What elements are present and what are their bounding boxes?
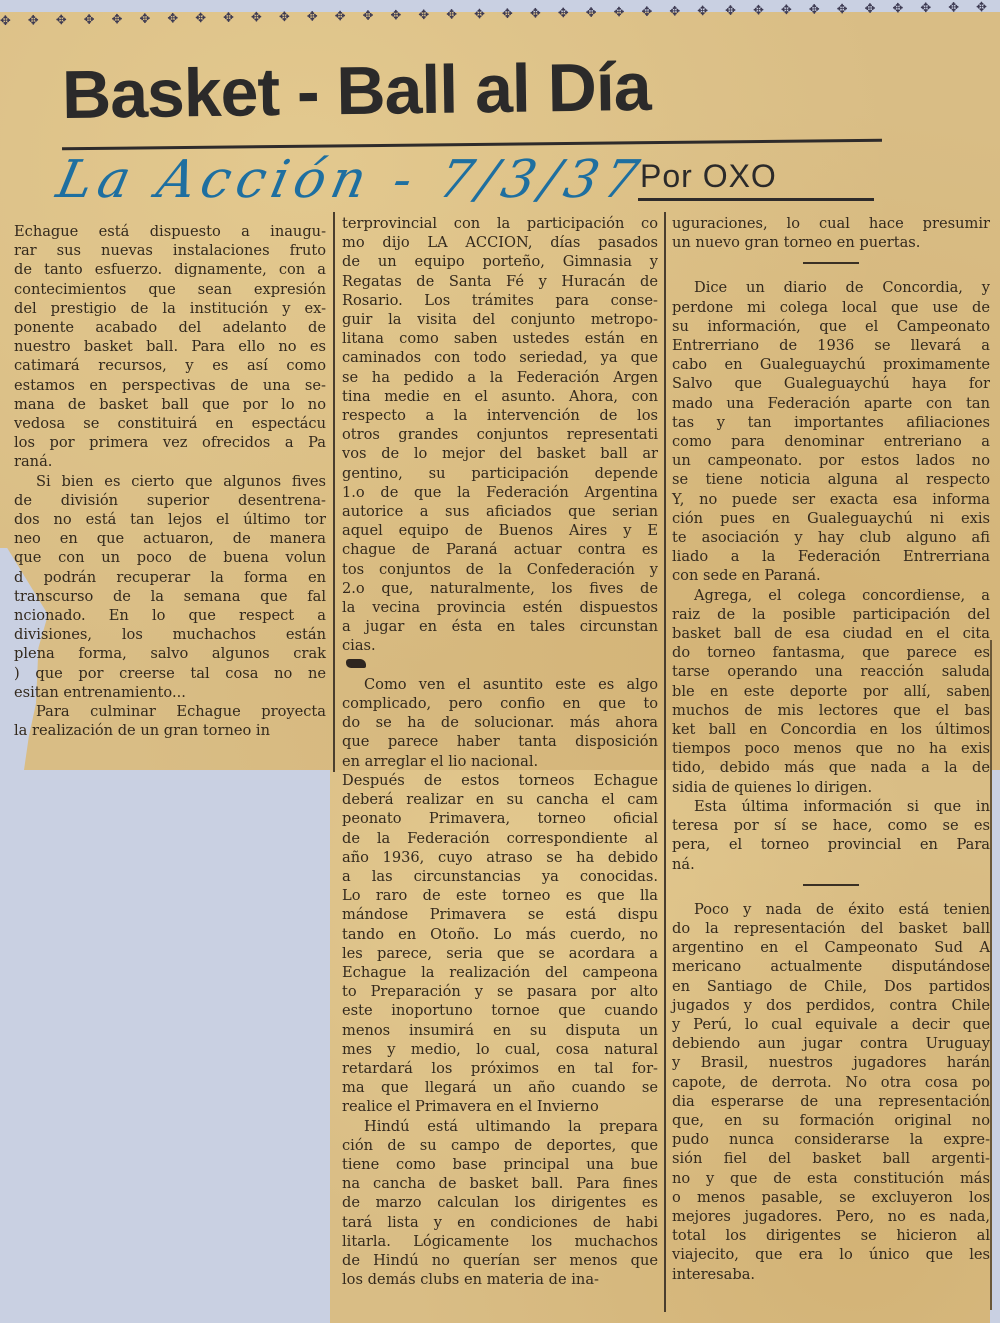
text-line: Echague está dispuesto a inaugu- — [14, 222, 326, 241]
text-line: cias. — [342, 636, 658, 655]
paragraph: Poco y nada de éxito está teniendo la re… — [672, 900, 990, 1284]
text-line: argentino en el Campeonato Sud A — [672, 938, 990, 957]
text-line: basket ball de esa ciudad en el cita — [672, 624, 990, 643]
text-line: debiendo aun jugar contra Uruguay — [672, 1034, 990, 1053]
text-line: total los dirigentes se hicieron al — [672, 1226, 990, 1245]
text-line: ble en este deporte por allí, saben — [672, 682, 990, 701]
text-line: les parece, seria que se acordara a — [342, 944, 658, 963]
text-line: 1.o de que la Federación Argentina — [342, 483, 658, 502]
text-line: viajecito, que era lo único que les — [672, 1245, 990, 1264]
handwritten-note: La Acción - 7/3/37 — [52, 150, 650, 210]
text-line: y Brasil, nuestros jugadores harán — [672, 1053, 990, 1072]
text-line: autorice a sus aficiados que serian — [342, 502, 658, 521]
text-line: la vecina provincia estén dispuestos — [342, 598, 658, 617]
text-line: estamos en perspectivas de una se- — [14, 376, 326, 395]
text-line: mejores jugadores. Pero, no es nada, — [672, 1207, 990, 1226]
text-line: dia esperarse de una representación — [672, 1092, 990, 1111]
text-line: mericano actualmente disputándose — [672, 957, 990, 976]
article-column-middle: terprovincial con la participación como … — [342, 214, 658, 1289]
text-line: terprovincial con la participación co — [342, 214, 658, 233]
text-line: cabo en Gualeguaychú proximamente — [672, 355, 990, 374]
text-line: a las circunstancias ya conocidas. — [342, 867, 658, 886]
text-line: ponente acabado del adelanto de — [14, 318, 326, 337]
section-separator — [803, 884, 859, 886]
text-line: Esta última información si que in — [672, 797, 990, 816]
text-line: nuestro basket ball. Para ello no es — [14, 337, 326, 356]
text-line: mo dijo LA ACCION, días pasados — [342, 233, 658, 252]
text-line: na cancha de basket ball. Para fines — [342, 1174, 658, 1193]
headline: Basket - Ball al Día — [61, 48, 651, 134]
text-line: Rosario. Los trámites para conse- — [342, 291, 658, 310]
section-separator — [803, 262, 859, 264]
text-line: jugados y dos perdidos, contra Chile — [672, 996, 990, 1015]
text-line: liado a la Federación Entrerriana — [672, 547, 990, 566]
text-line: los demás clubs en materia de ina- — [342, 1270, 658, 1289]
text-line: pera, el torneo provincial en Para — [672, 835, 990, 854]
text-line: pudo nunca considerarse la expre- — [672, 1130, 990, 1149]
text-line: te asociación y hay club alguno afi — [672, 528, 990, 547]
text-line: d podrán recuperar la forma en — [14, 568, 326, 587]
text-line: muchos de mis lectores que el bas — [672, 701, 990, 720]
paragraph: Dice un diario de Concordia, yperdone mi… — [672, 278, 990, 585]
text-line: mado una Federación aparte con tan — [672, 394, 990, 413]
paragraph: Para culminar Echague proyectala realiza… — [14, 702, 326, 740]
column-divider-left — [333, 212, 335, 772]
text-line: tará lista y en condiciones de habi — [342, 1213, 658, 1232]
text-line: ) que por creerse tal cosa no ne — [14, 664, 326, 683]
text-line: Entrerriano de 1936 se llevará a — [672, 336, 990, 355]
text-line: neo en que actuaron, de manera — [14, 529, 326, 548]
text-line: de un equipo porteño, Gimnasia y — [342, 252, 658, 271]
text-line: perdone mi colega local que use de — [672, 298, 990, 317]
text-line: raná. — [14, 452, 326, 471]
column-divider-right — [664, 212, 666, 1312]
text-line: a jugar en ésta en tales circunstan — [342, 617, 658, 636]
text-line: do se ha de solucionar. más ahora — [342, 713, 658, 732]
text-line: con sede en Paraná. — [672, 566, 990, 585]
text-line: no y que de esta constitución más — [672, 1169, 990, 1188]
text-line: ción pues en Gualeguaychú ni exis — [672, 509, 990, 528]
text-line: uguraciones, lo cual hace presumir — [672, 214, 990, 233]
text-line: en Santiago de Chile, Dos partidos — [672, 977, 990, 996]
paragraph: Como ven el asuntito este es algocomplic… — [342, 675, 658, 771]
text-line: de división superior desentrena- — [14, 491, 326, 510]
text-line: Como ven el asuntito este es algo — [342, 675, 658, 694]
text-line: tos conjuntos de la Confederación y — [342, 560, 658, 579]
text-line: Si bien es cierto que algunos fives — [14, 472, 326, 491]
text-line: esitan entrenamiento... — [14, 683, 326, 702]
text-line: chague de Paraná actuar contra es — [342, 540, 658, 559]
text-line: que, en su formación original no — [672, 1111, 990, 1130]
byline-rule — [638, 198, 874, 201]
text-line: la realización de un gran torneo in — [14, 721, 326, 740]
text-line: ná. — [672, 855, 990, 874]
text-line: mana de basket ball que por lo no — [14, 395, 326, 414]
text-line: año 1936, cuyo atraso se ha debido — [342, 848, 658, 867]
text-line: o menos pasable, se excluyeron los — [672, 1188, 990, 1207]
text-line: sidia de quienes lo dirigen. — [672, 778, 990, 797]
text-line: vedosa se constituirá en espectácu — [14, 414, 326, 433]
text-line: divisiones, los muchachos están — [14, 625, 326, 644]
text-line: tido, debido más que nada a la de — [672, 758, 990, 777]
paragraph: Después de estos torneos Echaguedeberá r… — [342, 771, 658, 1117]
text-line: raiz de la posible participación del — [672, 605, 990, 624]
text-line: su información, que el Campeonato — [672, 317, 990, 336]
text-line: dos no está tan lejos el último tor — [14, 510, 326, 529]
text-line: deberá realizar en su cancha el cam — [342, 790, 658, 809]
text-line: un campeonato. por estos lados no — [672, 451, 990, 470]
text-line: tina medie en el asunto. Ahora, con — [342, 387, 658, 406]
text-line: que con un poco de buena volun — [14, 548, 326, 567]
text-line: tiene como base principal una bue — [342, 1155, 658, 1174]
text-line: ma que llegará un año cuando se — [342, 1078, 658, 1097]
text-line: plena forma, salvo algunos crak — [14, 644, 326, 663]
text-line: de Hindú no querían ser menos que — [342, 1251, 658, 1270]
text-line: tiempos poco menos que no ha exis — [672, 739, 990, 758]
text-line: menos insumirá en su disputa un — [342, 1021, 658, 1040]
text-line: este inoportuno tornoe que cuando — [342, 1001, 658, 1020]
text-line: peonato Primavera, torneo oficial — [342, 809, 658, 828]
text-line: de la Federación correspondiente al — [342, 829, 658, 848]
text-line: como para denominar entreriano a — [672, 432, 990, 451]
text-line: do torneo fantasma, que parece es — [672, 643, 990, 662]
text-line: Para culminar Echague proyecta — [14, 702, 326, 721]
text-line: otros grandes conjuntos representati — [342, 425, 658, 444]
text-line: capote, de derrota. No otra cosa po — [672, 1073, 990, 1092]
text-line: aquel equipo de Buenos Aires y E — [342, 521, 658, 540]
paragraph: Esta última información si que interesa … — [672, 797, 990, 874]
text-line: Regatas de Santa Fé y Huracán de — [342, 272, 658, 291]
paragraph: Agrega, el colega concordiense, araiz de… — [672, 586, 990, 797]
text-line: ción de su campo de deportes, que — [342, 1136, 658, 1155]
text-line: complicado, pero confio en que to — [342, 694, 658, 713]
text-line: Hindú está ultimando la prepara — [342, 1117, 658, 1136]
text-line: catimará recursos, y es así como — [14, 356, 326, 375]
text-line: Dice un diario de Concordia, y — [672, 278, 990, 297]
text-line: mes y medio, lo cual, cosa natural — [342, 1040, 658, 1059]
paragraph: terprovincial con la participación como … — [342, 214, 658, 656]
text-line: Agrega, el colega concordiense, a — [672, 586, 990, 605]
paragraph: Echague está dispuesto a inaugu-rar sus … — [14, 222, 326, 472]
text-line: se tiene noticia alguna al respecto — [672, 470, 990, 489]
text-line: tarse operando una reacción saluda — [672, 662, 990, 681]
article-column-left: Echague está dispuesto a inaugu-rar sus … — [14, 222, 326, 740]
text-line: y Perú, lo cual equivale a decir que — [672, 1015, 990, 1034]
clipping-right-edge — [990, 640, 992, 1310]
text-line: to Preparación y se pasara por alto — [342, 982, 658, 1001]
text-line: Echague la realización del campeona — [342, 963, 658, 982]
text-line: guir la visita del conjunto metropo- — [342, 310, 658, 329]
ornament-icon — [346, 659, 366, 668]
text-line: de tanto esfuerzo. dignamente, con a — [14, 260, 326, 279]
byline: Por OXO — [640, 158, 777, 195]
text-line: los por primera vez ofrecidos a Pa — [14, 433, 326, 452]
text-line: un nuevo gran torneo en puertas. — [672, 233, 990, 252]
text-line: transcurso de la semana que fal — [14, 587, 326, 606]
text-line: retardará los próximos en tal for- — [342, 1059, 658, 1078]
text-line: caminados con todo seriedad, ya que — [342, 348, 658, 367]
text-line: vos de lo mejor del basket ball ar — [342, 444, 658, 463]
text-line: teresa por sí se hace, como se es — [672, 816, 990, 835]
paragraph: Hindú está ultimando la preparación de s… — [342, 1117, 658, 1290]
text-line: Después de estos torneos Echague — [342, 771, 658, 790]
text-line: del prestigio de la institución y ex- — [14, 299, 326, 318]
text-line: que parece haber tanta disposición — [342, 732, 658, 751]
paragraph: uguraciones, lo cual hace presumirun nue… — [672, 214, 990, 252]
text-line: interesaba. — [672, 1265, 990, 1284]
text-line: mándose Primavera se está dispu — [342, 905, 658, 924]
text-line: 2.o que, naturalmente, los fives de — [342, 579, 658, 598]
text-line: ncionado. En lo que respect a — [14, 606, 326, 625]
text-line: sión fiel del basket ball argenti- — [672, 1149, 990, 1168]
text-line: gentino, su participación depende — [342, 464, 658, 483]
text-line: se ha pedido a la Federación Argen — [342, 368, 658, 387]
text-line: contecimientos que sean expresión — [14, 280, 326, 299]
text-line: Lo raro de este torneo es que lla — [342, 886, 658, 905]
text-line: ket ball en Concordia en los últimos — [672, 720, 990, 739]
text-line: Salvo que Gualeguaychú haya for — [672, 374, 990, 393]
text-line: tas y tan importantes afiliaciones — [672, 413, 990, 432]
text-line: en arreglar el lio nacional. — [342, 752, 658, 771]
text-line: Y, no puede ser exacta esa informa — [672, 490, 990, 509]
text-line: litarla. Lógicamente los muchachos — [342, 1232, 658, 1251]
text-line: respecto a la intervención de los — [342, 406, 658, 425]
text-line: litana como saben ustedes están en — [342, 329, 658, 348]
paragraph: Si bien es cierto que algunos fivesde di… — [14, 472, 326, 702]
text-line: tando en Otoño. Lo más cuerdo, no — [342, 925, 658, 944]
text-line: realice el Primavera en el Invierno — [342, 1097, 658, 1116]
article-column-right: uguraciones, lo cual hace presumirun nue… — [672, 214, 990, 1284]
text-line: rar sus nuevas instalaciones fruto — [14, 241, 326, 260]
text-line: Poco y nada de éxito está tenien — [672, 900, 990, 919]
text-line: do la representación del basket ball — [672, 919, 990, 938]
text-line: de marzo calculan los dirigentes es — [342, 1193, 658, 1212]
